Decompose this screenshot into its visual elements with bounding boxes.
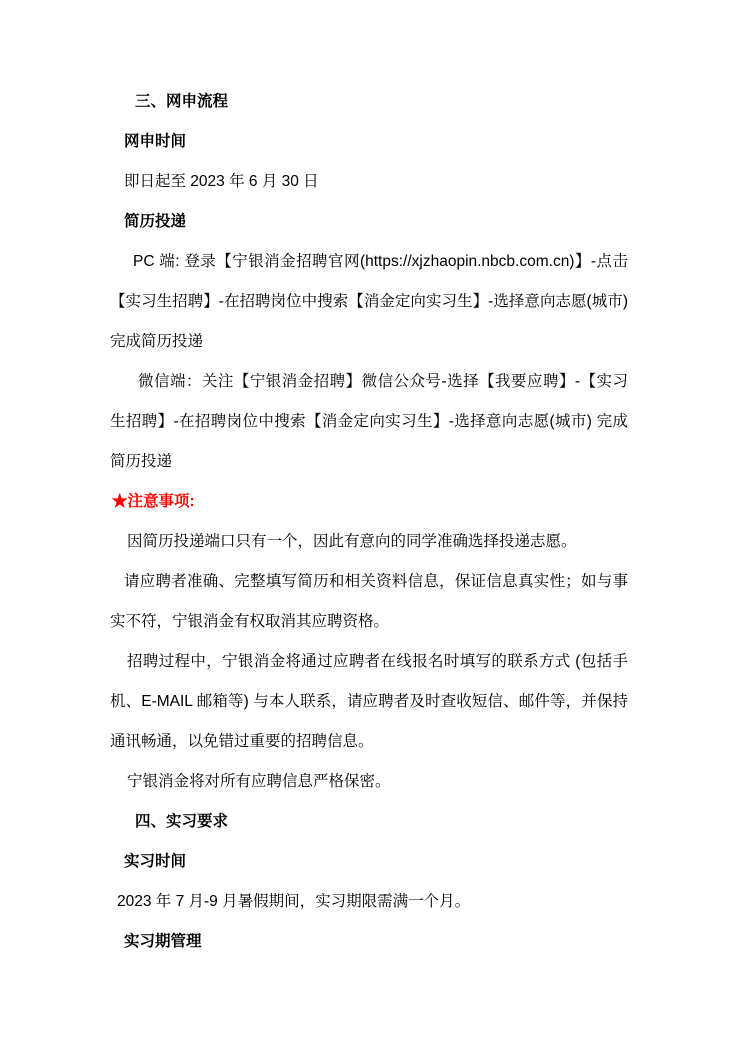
wechat-channel-instructions: 微信端：关注【宁银消金招聘】微信公众号-选择【我要应聘】-【实习生招聘】-在招聘… xyxy=(110,362,628,482)
section-heading-internship-requirements: 四、实习要求 xyxy=(110,802,628,842)
internship-time-text: 2023 年 7 月-9 月暑假期间，实习期限需满一个月。 xyxy=(110,882,628,922)
pc-channel-instructions: PC 端: 登录【宁银消金招聘官网(https://xjzhaopin.nbcb… xyxy=(110,242,628,362)
notice-item-accurate-info: 请应聘者准确、完整填写简历和相关资料信息，保证信息真实性；如与事实不符，宁银消金… xyxy=(110,562,628,642)
subheading-internship-management: 实习期管理 xyxy=(110,922,628,962)
notice-heading: ★注意事项: xyxy=(110,482,628,522)
application-deadline-text: 即日起至 2023 年 6 月 30 日 xyxy=(110,162,628,202)
notice-item-single-portal: 因简历投递端口只有一个，因此有意向的同学准确选择投递志愿。 xyxy=(110,522,628,562)
subheading-application-time: 网申时间 xyxy=(110,122,628,162)
notice-heading-label: 注意事项: xyxy=(128,493,195,510)
subheading-internship-time: 实习时间 xyxy=(110,842,628,882)
star-icon: ★ xyxy=(112,493,128,510)
notice-item-contact-method: 招聘过程中，宁银消金将通过应聘者在线报名时填写的联系方式 (包括手机、E-MAI… xyxy=(110,642,628,762)
notice-item-confidentiality: 宁银消金将对所有应聘信息严格保密。 xyxy=(110,762,628,802)
document-page: 三、网申流程 网申时间 即日起至 2023 年 6 月 30 日 简历投递 PC… xyxy=(0,0,738,1055)
subheading-resume-submission: 简历投递 xyxy=(110,202,628,242)
section-heading-online-application-process: 三、网申流程 xyxy=(110,82,628,122)
